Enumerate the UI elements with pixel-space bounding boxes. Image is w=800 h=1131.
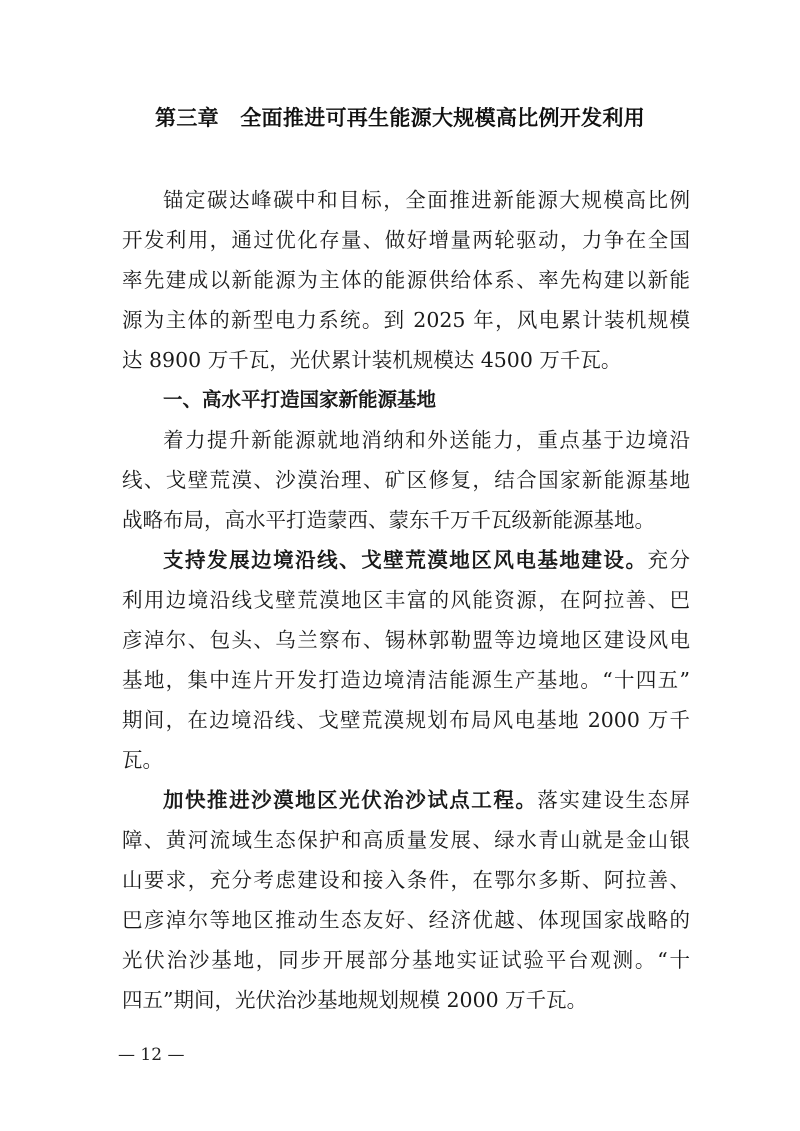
- text-line: 瓦。: [122, 740, 690, 780]
- text-line: 开发利用，通过优化存量、做好增量两轮驱动，力争在全国: [122, 220, 690, 260]
- text-line: 战略布局，高水平打造蒙西、蒙东千万千瓦级新能源基地。: [122, 500, 690, 540]
- text-line: 期间，在边境沿线、戈壁荒漠规划布局风电基地 2000 万千: [122, 700, 690, 740]
- page-number: — 12 —: [118, 1040, 184, 1070]
- text-line: 彦淖尔、包头、乌兰察布、锡林郭勒盟等边境地区建设风电: [122, 620, 690, 660]
- text-line: 四五”期间，光伏治沙基地规划规模 2000 万千瓦。: [122, 980, 690, 1020]
- document-page: 第三章 全面推进可再生能源大规模高比例开发利用 锚定碳达峰碳中和目标，全面推进新…: [0, 0, 800, 1131]
- paragraph-lead-rest: 充分: [647, 548, 690, 572]
- paragraph-intro: 锚定碳达峰碳中和目标，全面推进新能源大规模高比例 开发利用，通过优化存量、做好增…: [122, 180, 690, 380]
- text-line: 源为主体的新型电力系统。到 2025 年，风电累计装机规模: [122, 300, 690, 340]
- text-line: 基地，集中连片开发打造边境清洁能源生产基地。“十四五”: [122, 660, 690, 700]
- paragraph-lead-bold: 加快推进沙漠地区光伏治沙试点工程。: [163, 788, 537, 812]
- paragraph-pv-desert: 加快推进沙漠地区光伏治沙试点工程。落实建设生态屏 障、黄河流域生态保护和高质量发…: [122, 780, 690, 1020]
- section-heading: 一、高水平打造国家新能源基地: [122, 380, 690, 420]
- document-body: 锚定碳达峰碳中和目标，全面推进新能源大规模高比例 开发利用，通过优化存量、做好增…: [122, 180, 690, 1020]
- paragraph-wind-bases: 支持发展边境沿线、戈壁荒漠地区风电基地建设。充分 利用边境沿线戈壁荒漠地区丰富的…: [122, 540, 690, 780]
- text-line: 着力提升新能源就地消纳和外送能力，重点基于边境沿: [122, 420, 690, 460]
- text-line: 光伏治沙基地，同步开展部分基地实证试验平台观测。“十: [122, 940, 690, 980]
- text-line: 锚定碳达峰碳中和目标，全面推进新能源大规模高比例: [122, 180, 690, 220]
- paragraph-base-overview: 着力提升新能源就地消纳和外送能力，重点基于边境沿 线、戈壁荒漠、沙漠治理、矿区修…: [122, 420, 690, 540]
- text-line: 支持发展边境沿线、戈壁荒漠地区风电基地建设。充分: [122, 540, 690, 580]
- chapter-title: 第三章 全面推进可再生能源大规模高比例开发利用: [0, 103, 800, 133]
- text-line: 线、戈壁荒漠、沙漠治理、矿区修复，结合国家新能源基地: [122, 460, 690, 500]
- text-line: 巴彦淖尔等地区推动生态友好、经济优越、体现国家战略的: [122, 900, 690, 940]
- paragraph-lead-bold: 支持发展边境沿线、戈壁荒漠地区风电基地建设。: [163, 548, 647, 572]
- text-line: 加快推进沙漠地区光伏治沙试点工程。落实建设生态屏: [122, 780, 690, 820]
- text-line: 率先建成以新能源为主体的能源供给体系、率先构建以新能: [122, 260, 690, 300]
- text-line: 障、黄河流域生态保护和高质量发展、绿水青山就是金山银: [122, 820, 690, 860]
- text-line: 达 8900 万千瓦，光伏累计装机规模达 4500 万千瓦。: [122, 340, 690, 380]
- text-line: 利用边境沿线戈壁荒漠地区丰富的风能资源，在阿拉善、巴: [122, 580, 690, 620]
- text-line: 山要求，充分考虑建设和接入条件，在鄂尔多斯、阿拉善、: [122, 860, 690, 900]
- paragraph-lead-rest: 落实建设生态屏: [537, 788, 690, 812]
